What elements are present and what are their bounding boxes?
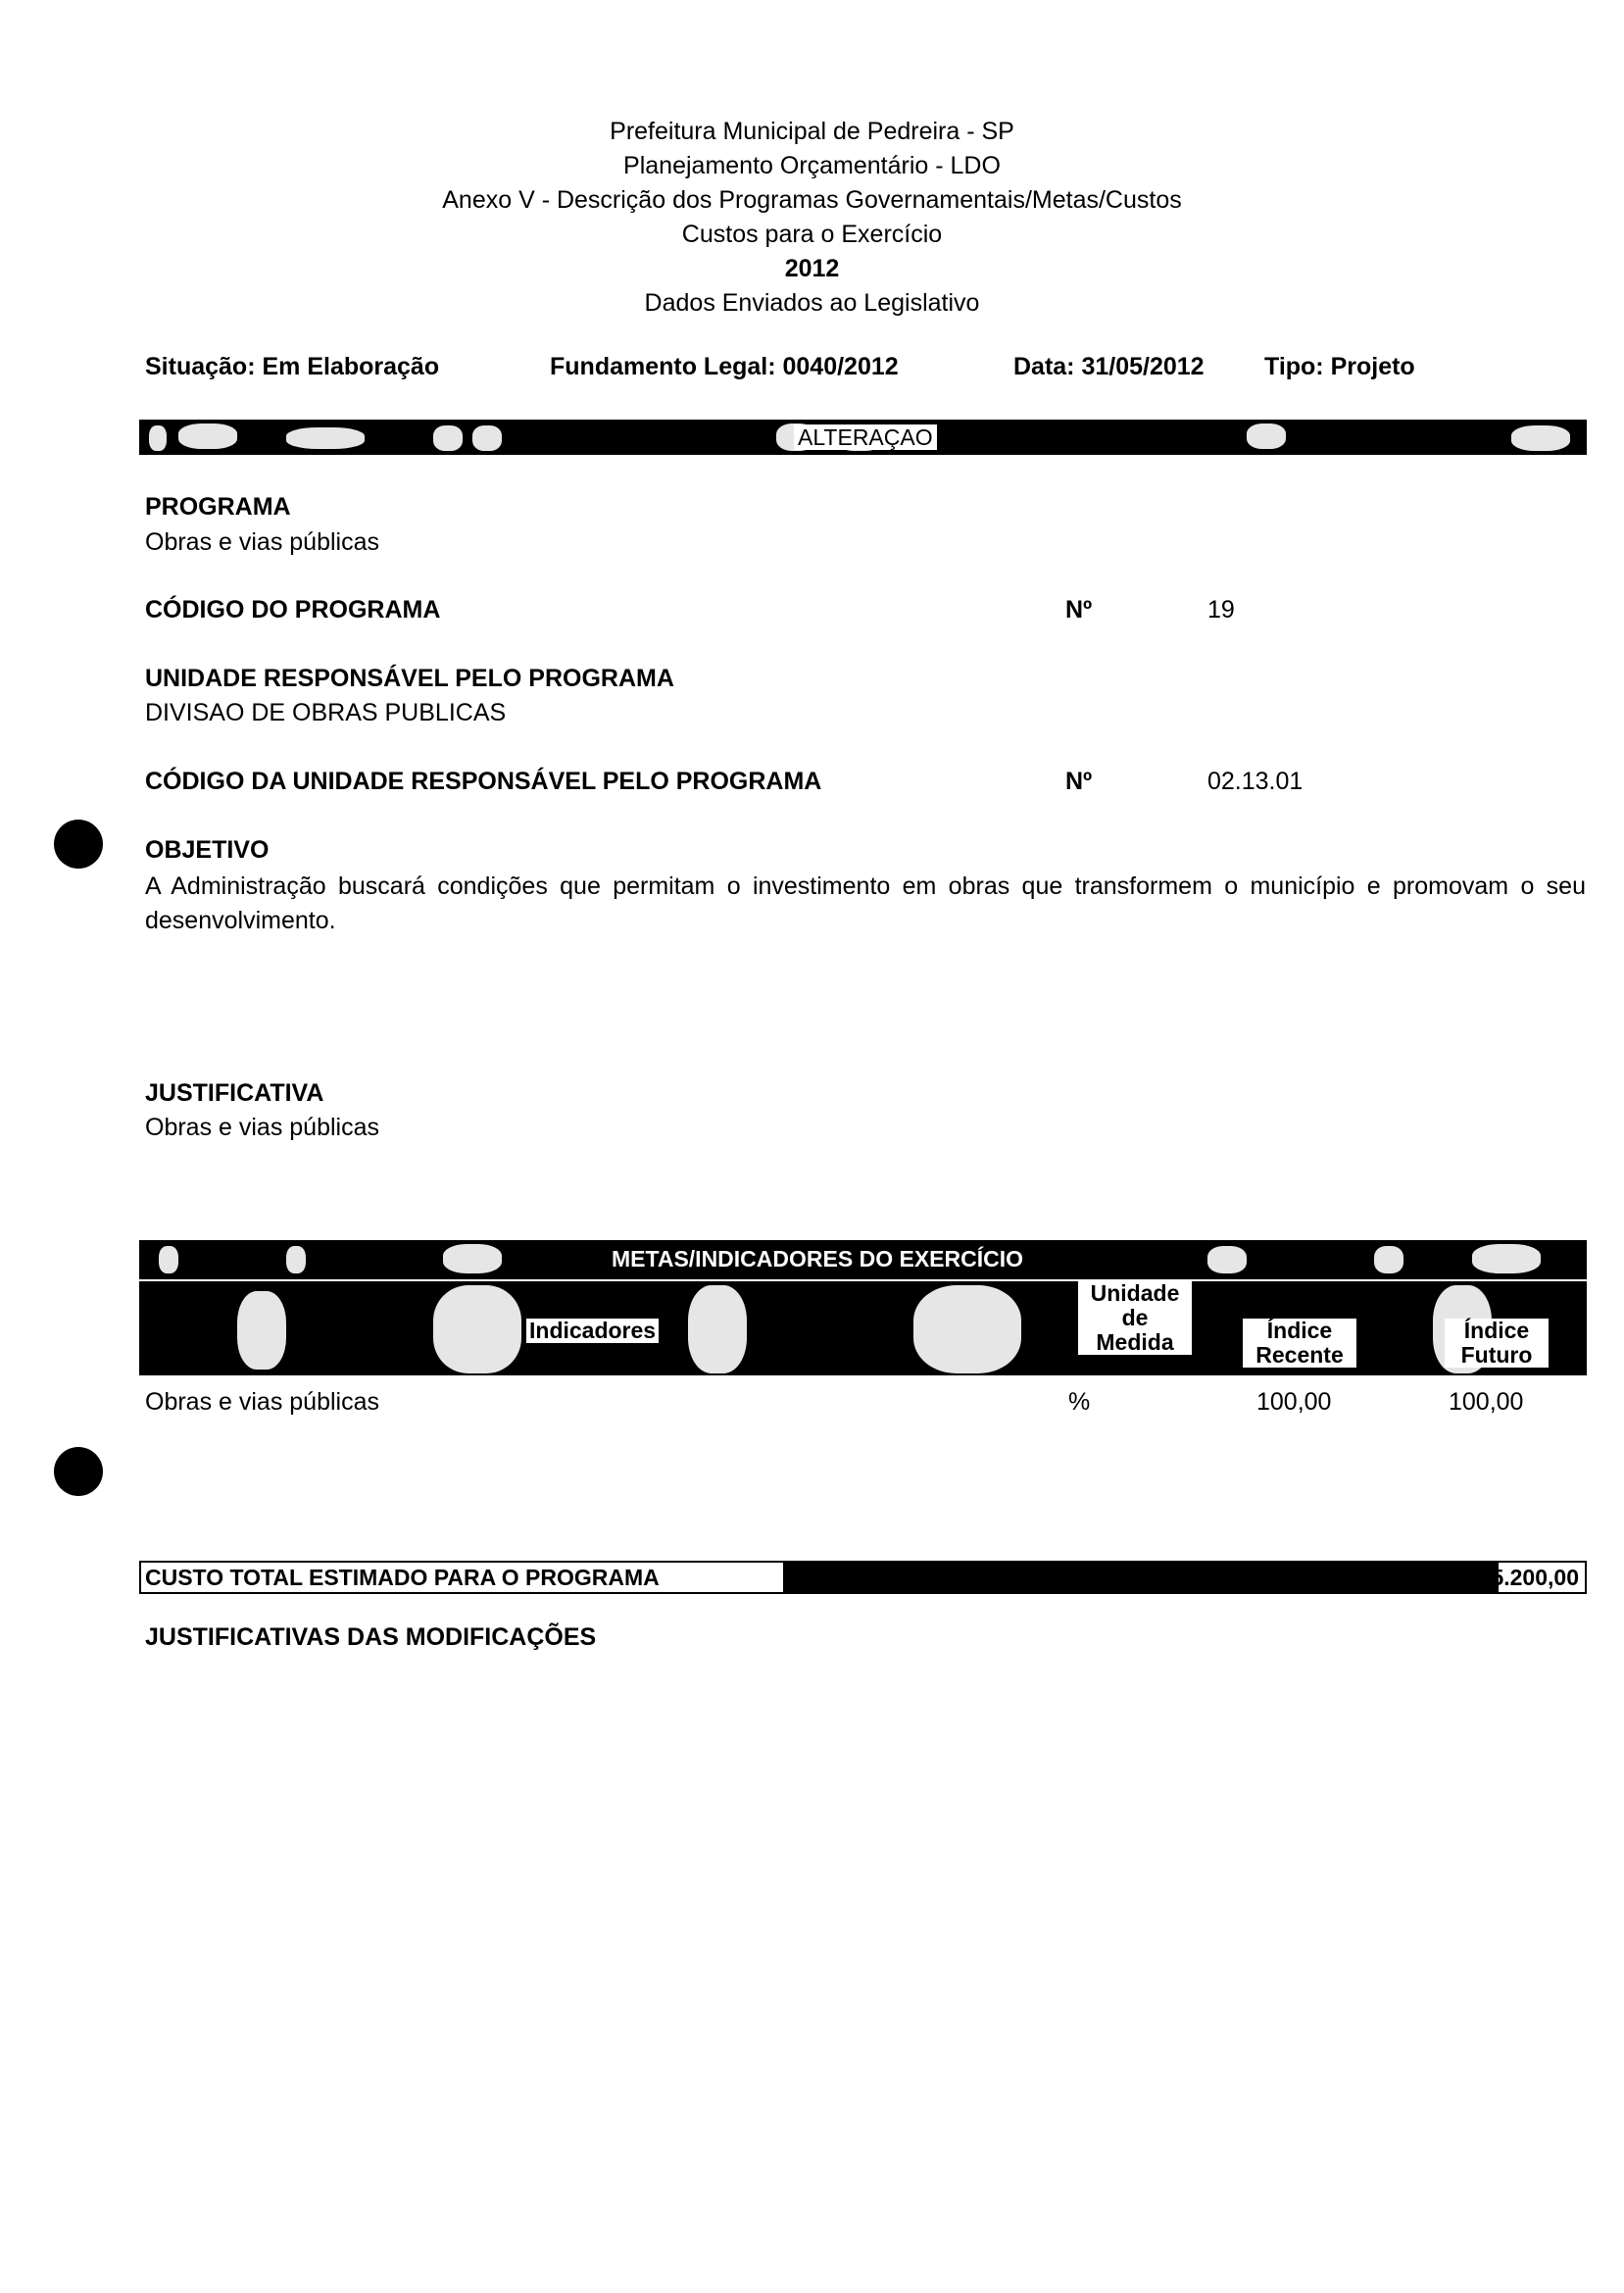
- col-unidade-medida: Unidade de Medida: [1078, 1281, 1192, 1355]
- col-futuro-line2: Futuro: [1448, 1343, 1546, 1368]
- custo-total-label: CUSTO TOTAL ESTIMADO PARA O PROGRAMA: [145, 1565, 660, 1591]
- codigo-unidade-label: CÓDIGO DA UNIDADE RESPONSÁVEL PELO PROGR…: [145, 768, 821, 796]
- row-indicador: Obras e vias públicas: [145, 1388, 379, 1417]
- col-recente-line1: Índice: [1246, 1319, 1353, 1343]
- custo-total-box: CUSTO TOTAL ESTIMADO PARA O PROGRAMA R$ …: [139, 1561, 1587, 1594]
- header-year: 2012: [0, 252, 1624, 286]
- document-header: Prefeitura Municipal de Pedreira - SP Pl…: [0, 115, 1624, 321]
- codigo-programa-no: Nº: [1065, 596, 1092, 624]
- alteracao-label: ALTERAÇAO: [794, 424, 937, 450]
- header-annex: Anexo V - Descrição dos Programas Govern…: [0, 183, 1624, 218]
- justificativa-value: Obras e vias públicas: [145, 1114, 379, 1142]
- row-unidade: %: [1068, 1388, 1090, 1417]
- header-municipality: Prefeitura Municipal de Pedreira - SP: [0, 115, 1624, 149]
- punch-hole: [54, 820, 103, 869]
- col-unidade-line2: de: [1081, 1306, 1189, 1330]
- codigo-programa-value: 19: [1207, 596, 1235, 624]
- justificativas-modificacoes-label: JUSTIFICATIVAS DAS MODIFICAÇÕES: [145, 1623, 596, 1652]
- header-sent: Dados Enviados ao Legislativo: [0, 286, 1624, 321]
- col-futuro-line1: Índice: [1448, 1319, 1546, 1343]
- punch-hole: [54, 1447, 103, 1496]
- col-indice-recente: Índice Recente: [1243, 1319, 1356, 1368]
- programa-label: PROGRAMA: [145, 493, 291, 522]
- status-tipo: Tipo: Projeto: [1264, 353, 1415, 381]
- header-planning: Planejamento Orçamentário - LDO: [0, 149, 1624, 183]
- custo-total-fill: [783, 1563, 1499, 1592]
- status-situacao: Situação: Em Elaboração: [145, 353, 439, 381]
- alteracao-bar: ALTERAÇAO: [139, 420, 1587, 455]
- col-unidade-line1: Unidade: [1081, 1281, 1189, 1306]
- col-unidade-line3: Medida: [1081, 1330, 1189, 1355]
- col-recente-line2: Recente: [1246, 1343, 1353, 1368]
- status-data: Data: 31/05/2012: [1013, 353, 1205, 381]
- programa-value: Obras e vias públicas: [145, 528, 379, 557]
- row-recente: 100,00: [1256, 1388, 1331, 1417]
- codigo-unidade-value: 02.13.01: [1207, 768, 1303, 796]
- objetivo-label: OBJETIVO: [145, 836, 269, 865]
- metas-header-bar: [139, 1281, 1587, 1375]
- status-fundamento: Fundamento Legal: 0040/2012: [550, 353, 899, 381]
- custo-total-value: R$ 3.235.200,00: [1412, 1565, 1579, 1591]
- col-indice-futuro: Índice Futuro: [1445, 1319, 1549, 1368]
- col-indicadores: Indicadores: [526, 1319, 659, 1343]
- justificativa-label: JUSTIFICATIVA: [145, 1079, 323, 1108]
- objetivo-value: A Administração buscará condições que pe…: [145, 870, 1586, 938]
- unidade-label: UNIDADE RESPONSÁVEL PELO PROGRAMA: [145, 665, 674, 693]
- unidade-value: DIVISAO DE OBRAS PUBLICAS: [145, 699, 506, 727]
- row-futuro: 100,00: [1449, 1388, 1523, 1417]
- codigo-unidade-no: Nº: [1065, 768, 1092, 796]
- metas-title-bar: METAS/INDICADORES DO EXERCÍCIO: [139, 1240, 1587, 1279]
- metas-title: METAS/INDICADORES DO EXERCÍCIO: [608, 1246, 1027, 1271]
- codigo-programa-label: CÓDIGO DO PROGRAMA: [145, 596, 440, 624]
- header-costs: Custos para o Exercício: [0, 218, 1624, 252]
